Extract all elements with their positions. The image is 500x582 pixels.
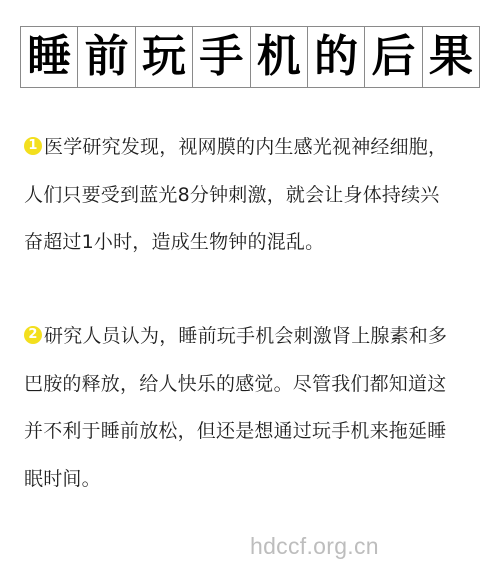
paragraph-line: 眠时间。 — [24, 456, 484, 504]
paragraph-line: 并不利于睡前放松，但还是想通过玩手机来拖延睡 — [24, 408, 484, 456]
title-char-box: 后 — [365, 27, 422, 87]
section-2-paragraph: 2研究人员认为，睡前玩手机会刺激肾上腺素和多 巴胺的释放，给人快乐的感觉。尽管我… — [24, 313, 484, 503]
paragraph-line: 1医学研究发现，视网膜的内生感光视神经细胞， — [24, 124, 484, 172]
title-char-box: 手 — [193, 27, 250, 87]
title-char-box: 前 — [78, 27, 135, 87]
paragraph-line: 奋超过1小时，造成生物钟的混乱。 — [24, 219, 484, 267]
paragraph-line: 巴胺的释放，给人快乐的感觉。尽管我们都知道这 — [24, 361, 484, 409]
paragraph-text: 研究人员认为，睡前玩手机会刺激肾上腺素和多 — [44, 325, 447, 347]
number-two-circle-icon: 2 — [24, 326, 42, 344]
title-char-box: 果 — [423, 27, 479, 87]
watermark-text: hdccf.org.cn — [250, 533, 379, 560]
section-1-paragraph: 1医学研究发现，视网膜的内生感光视神经细胞， 人们只要受到蓝光8分钟刺激，就会让… — [24, 124, 484, 267]
paragraph-line: 2研究人员认为，睡前玩手机会刺激肾上腺素和多 — [24, 313, 484, 361]
title-char-box: 的 — [308, 27, 365, 87]
page-title: 睡 前 玩 手 机 的 后 果 — [20, 26, 480, 88]
title-char-box: 玩 — [136, 27, 193, 87]
title-char-box: 睡 — [21, 27, 78, 87]
number-one-circle-icon: 1 — [24, 137, 42, 155]
paragraph-line: 人们只要受到蓝光8分钟刺激，就会让身体持续兴 — [24, 172, 484, 220]
paragraph-text: 医学研究发现，视网膜的内生感光视神经细胞， — [44, 136, 447, 158]
title-char-box: 机 — [251, 27, 308, 87]
